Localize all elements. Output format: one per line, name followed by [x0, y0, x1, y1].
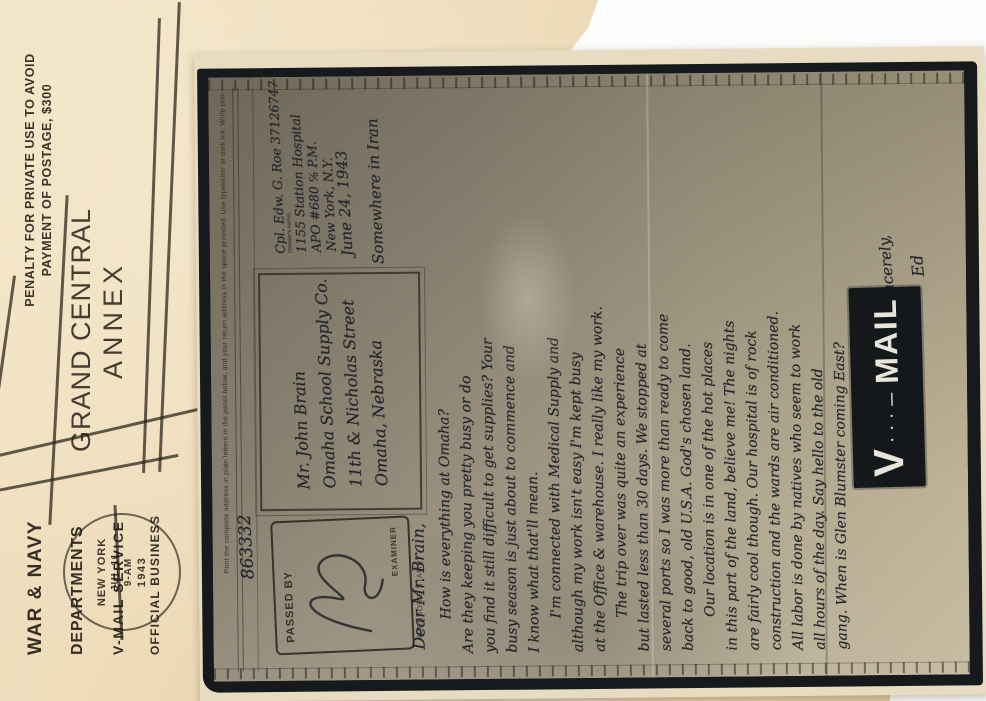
- cancel-stamp-line-2: ANNEX: [96, 188, 130, 452]
- vmail-photo: Print the complete address in plain lett…: [194, 46, 986, 701]
- postmark-city: NEW YORK: [96, 538, 108, 606]
- letter-content-rotated: Print the complete address in plain lett…: [208, 70, 970, 681]
- scanned-vmail-document: { "envelope": { "penalty_notice": { "lin…: [0, 0, 986, 701]
- vmail-logo-morse-icon: · · · —: [883, 391, 899, 442]
- vmail-logo-v: V: [868, 448, 911, 477]
- vmail-logo: V · · · — MAIL: [848, 286, 925, 488]
- serial-number: 863332: [235, 514, 259, 580]
- censor-stamp-box: PASSED BY EXAMINER: [270, 515, 415, 655]
- cancel-stamp-line-1: GRAND CENTRAL: [66, 188, 96, 452]
- postmark-year: 1943: [136, 557, 148, 587]
- vmail-logo-mail: MAIL: [869, 297, 903, 384]
- sender-address: Cpl. Edw. G. Roe 37126747 (Sender's name…: [265, 81, 338, 254]
- postmark-date: JUL 11: [110, 553, 121, 591]
- letter-signature: Ed: [907, 254, 928, 277]
- recipient-address: Mr. John Brain Omaha School Supply Co. 1…: [256, 272, 396, 512]
- letter-image: Print the complete address in plain lett…: [208, 70, 970, 681]
- postmark-time: 9-AM: [123, 558, 134, 586]
- penalty-line-1: PENALTY FOR PRIVATE USE TO AVOID: [22, 46, 39, 314]
- body-line: gang. When is Glen Blumster coming East?: [826, 88, 853, 650]
- form-rule-line: [237, 87, 244, 671]
- letter-location: Somewhere in Iran: [363, 118, 387, 264]
- return-address-line-1: WAR & NAVY: [25, 460, 47, 655]
- recipient-address-panel: Mr. John Brain Omaha School Supply Co. 1…: [258, 272, 422, 512]
- penalty-notice: PENALTY FOR PRIVATE USE TO AVOID PAYMENT…: [22, 46, 66, 314]
- photo-black-frame: Print the complete address in plain lett…: [197, 61, 983, 692]
- letter-body: How is everything at Omaha? Are they kee…: [430, 88, 853, 654]
- postmark-circle: NEW YORK JUL 11 9-AM 1943: [63, 513, 181, 631]
- penalty-line-2: PAYMENT OF POSTAGE, $300: [39, 46, 56, 314]
- form-tick-marks-left: [214, 661, 970, 679]
- form-instruction-text: Print the complete address in plain lett…: [219, 93, 231, 573]
- salutation: Dear Mr. Brain,: [408, 523, 428, 650]
- cancel-stamp-station: GRAND CENTRAL ANNEX: [66, 188, 140, 452]
- form-rule-line: [252, 87, 259, 671]
